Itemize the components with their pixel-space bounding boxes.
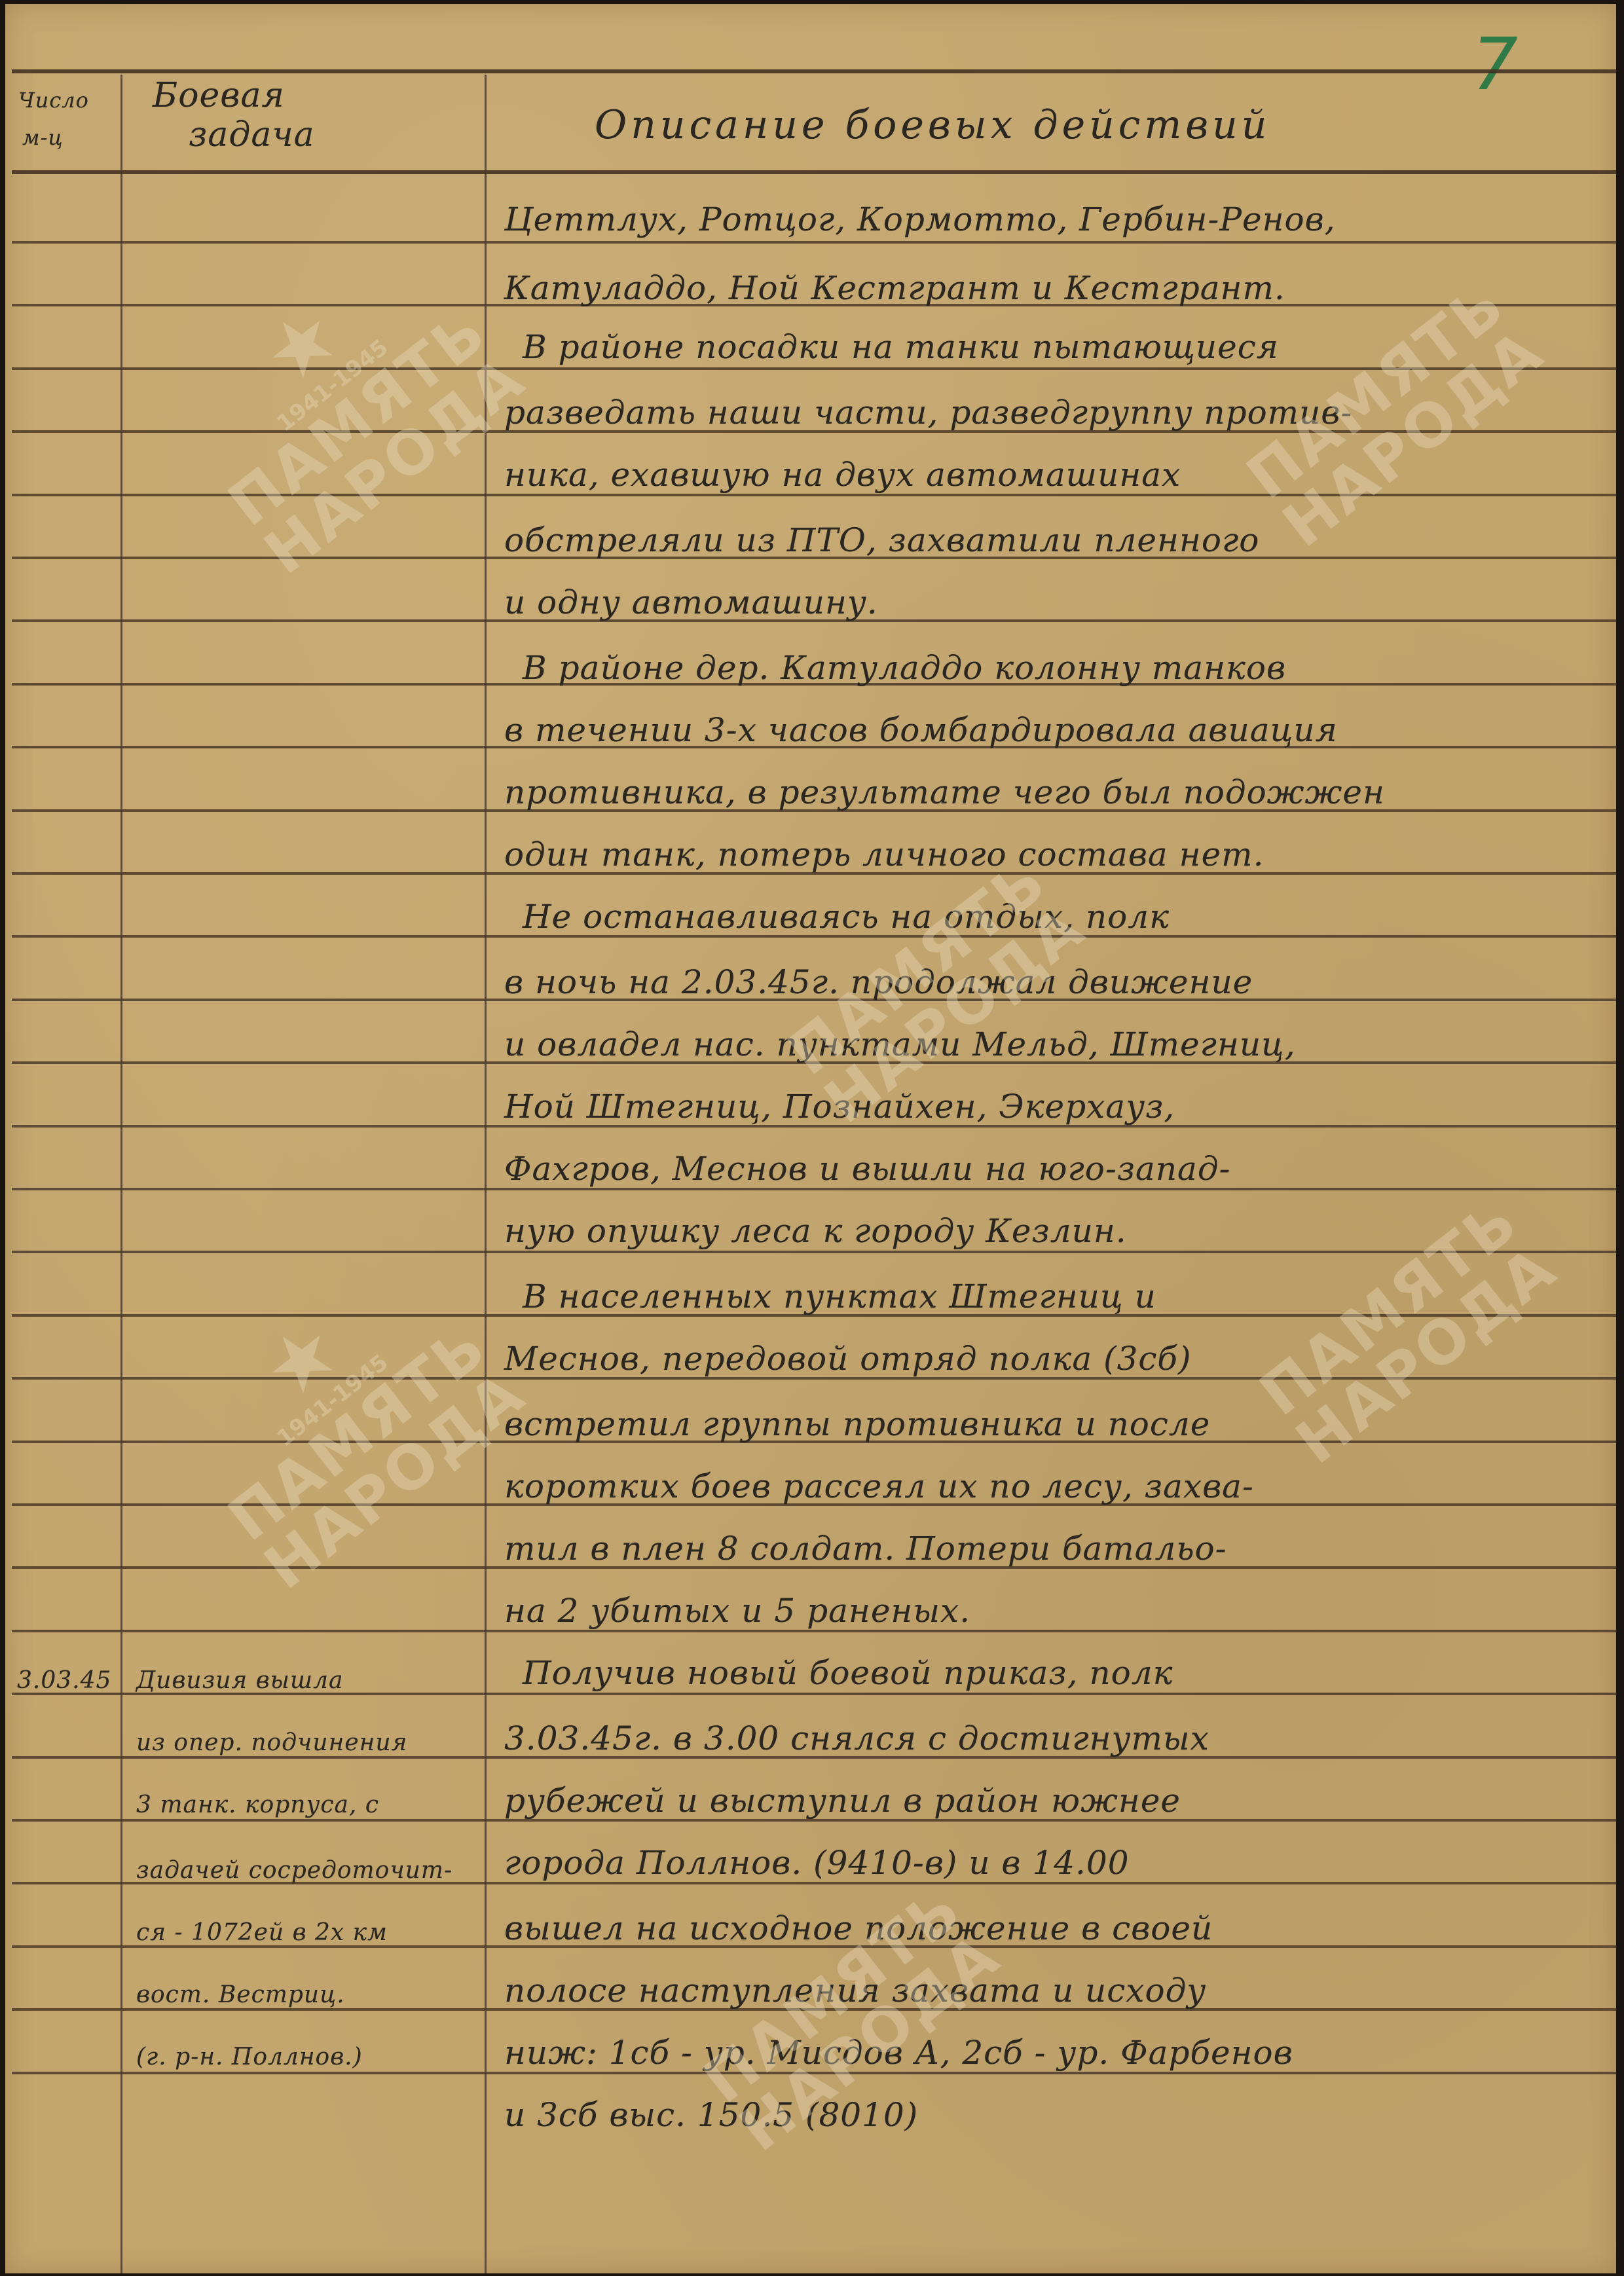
header-date-label-2: м-ц bbox=[22, 125, 64, 150]
header-task-label-1: Боевая bbox=[153, 76, 285, 115]
description-line: Получив новый боевой приказ, полк bbox=[523, 1654, 1173, 1692]
column-divider-2 bbox=[485, 75, 487, 2273]
description-line: ниж: 1сб - ур. Мисдов А, 2сб - ур. Фарбе… bbox=[504, 2034, 1293, 2072]
ruled-line bbox=[12, 1630, 1616, 1632]
star-icon: ★ bbox=[156, 220, 447, 472]
description-line: тил в плен 8 солдат. Потери батальо- bbox=[504, 1530, 1227, 1568]
description-line: ную опушку леса к городу Кезлин. bbox=[504, 1212, 1127, 1250]
description-line: в течении 3-х часов бомбардировала авиац… bbox=[504, 711, 1338, 749]
description-line: Катуладдо, Ной Кестгрант и Кестгрант. bbox=[504, 269, 1285, 307]
watermark: ★ 1941-1945 ПАМЯТЬ НАРОДА bbox=[156, 1235, 535, 1599]
description-line: ника, ехавшую на двух автомашинах bbox=[504, 456, 1181, 494]
description-line: и 3сб выс. 150.5 (8010) bbox=[504, 2096, 918, 2134]
description-line: Меснов, передовой отряд полка (3сб) bbox=[504, 1340, 1191, 1378]
ruled-line bbox=[12, 241, 1616, 244]
description-line: полосе наступления захвата и исходу bbox=[504, 1972, 1206, 2010]
task-line: задачей сосредоточит- bbox=[136, 1857, 452, 1884]
task-line: из опер. подчинения bbox=[136, 1729, 407, 1756]
description-line: Фахгров, Меснов и вышли на юго-запад- bbox=[504, 1150, 1230, 1188]
star-icon: ★ bbox=[156, 1235, 447, 1487]
description-line: и овладел нас. пунктами Мельд, Штегниц, bbox=[504, 1025, 1296, 1063]
task-line: ся - 1072ей в 2х км bbox=[136, 1919, 388, 1946]
header-date-label-1: Число bbox=[18, 88, 89, 113]
watermark: ПАМЯТЬ НАРОДА bbox=[1249, 1189, 1566, 1474]
description-line: и одну автомашину. bbox=[504, 583, 878, 621]
description-line: в ночь на 2.03.45г. продолжал движение bbox=[504, 963, 1253, 1001]
ruled-line bbox=[12, 1251, 1616, 1253]
header-bottom-rule bbox=[12, 170, 1616, 174]
description-line: 3.03.45г. в 3.00 снялся с достигнутых bbox=[504, 1719, 1209, 1757]
description-line: противника, в результате чего был подожж… bbox=[504, 773, 1385, 811]
description-line: один танк, потерь личного состава нет. bbox=[504, 835, 1264, 873]
header-top-rule bbox=[12, 69, 1616, 73]
column-divider-1 bbox=[120, 75, 122, 2273]
description-line: В районе посадки на танки пытающиеся bbox=[523, 328, 1279, 366]
description-line: В районе дер. Катуладдо колонну танков bbox=[523, 649, 1286, 687]
description-line: Ной Штегниц, Познайхен, Экерхауз, bbox=[504, 1088, 1175, 1126]
task-line: Дивизия вышла bbox=[136, 1667, 343, 1694]
description-line: В населенных пунктах Штегниц и bbox=[523, 1277, 1156, 1315]
description-line: Цеттлух, Ротцог, Кормотто, Гербин-Ренов, bbox=[504, 200, 1336, 238]
ruled-line bbox=[12, 367, 1616, 370]
watermark: ★ 1941-1945 ПАМЯТЬ НАРОДА bbox=[156, 220, 535, 584]
ruled-line bbox=[12, 2072, 1616, 2074]
task-line: 3 танк. корпуса, с bbox=[136, 1791, 379, 1818]
ruled-line bbox=[12, 1188, 1616, 1190]
description-line: коротких боев рассеял их по лесу, захва- bbox=[504, 1467, 1254, 1505]
header-task-label-2: задача bbox=[189, 115, 315, 155]
archive-page: 7 Число м-ц Боевая задача Описание боевы… bbox=[5, 4, 1616, 2273]
description-line: города Поллнов. (9410-в) и в 14.00 bbox=[504, 1844, 1130, 1882]
description-line: рубежей и выступил в район южнее bbox=[504, 1782, 1181, 1820]
description-line: разведать наши части, разведгруппу проти… bbox=[504, 394, 1352, 431]
ruled-line bbox=[12, 494, 1616, 496]
header-description-label: Описание боевых действий bbox=[595, 102, 1270, 148]
page-number: 7 bbox=[1472, 22, 1518, 106]
description-line: вышел на исходное положение в своей bbox=[504, 1909, 1213, 1947]
description-line: Не останавливаясь на отдых, полк bbox=[523, 898, 1170, 936]
task-line: (г. р-н. Поллнов.) bbox=[136, 2044, 363, 2070]
entry-date: 3.03.45 bbox=[17, 1667, 111, 1694]
description-line: на 2 убитых и 5 раненых. bbox=[504, 1592, 970, 1630]
description-line: обстреляли из ПТО, захватили пленного bbox=[504, 521, 1259, 559]
description-line: встретил группы противника и после bbox=[504, 1405, 1210, 1443]
task-line: вост. Вестриц. bbox=[136, 1981, 345, 2008]
